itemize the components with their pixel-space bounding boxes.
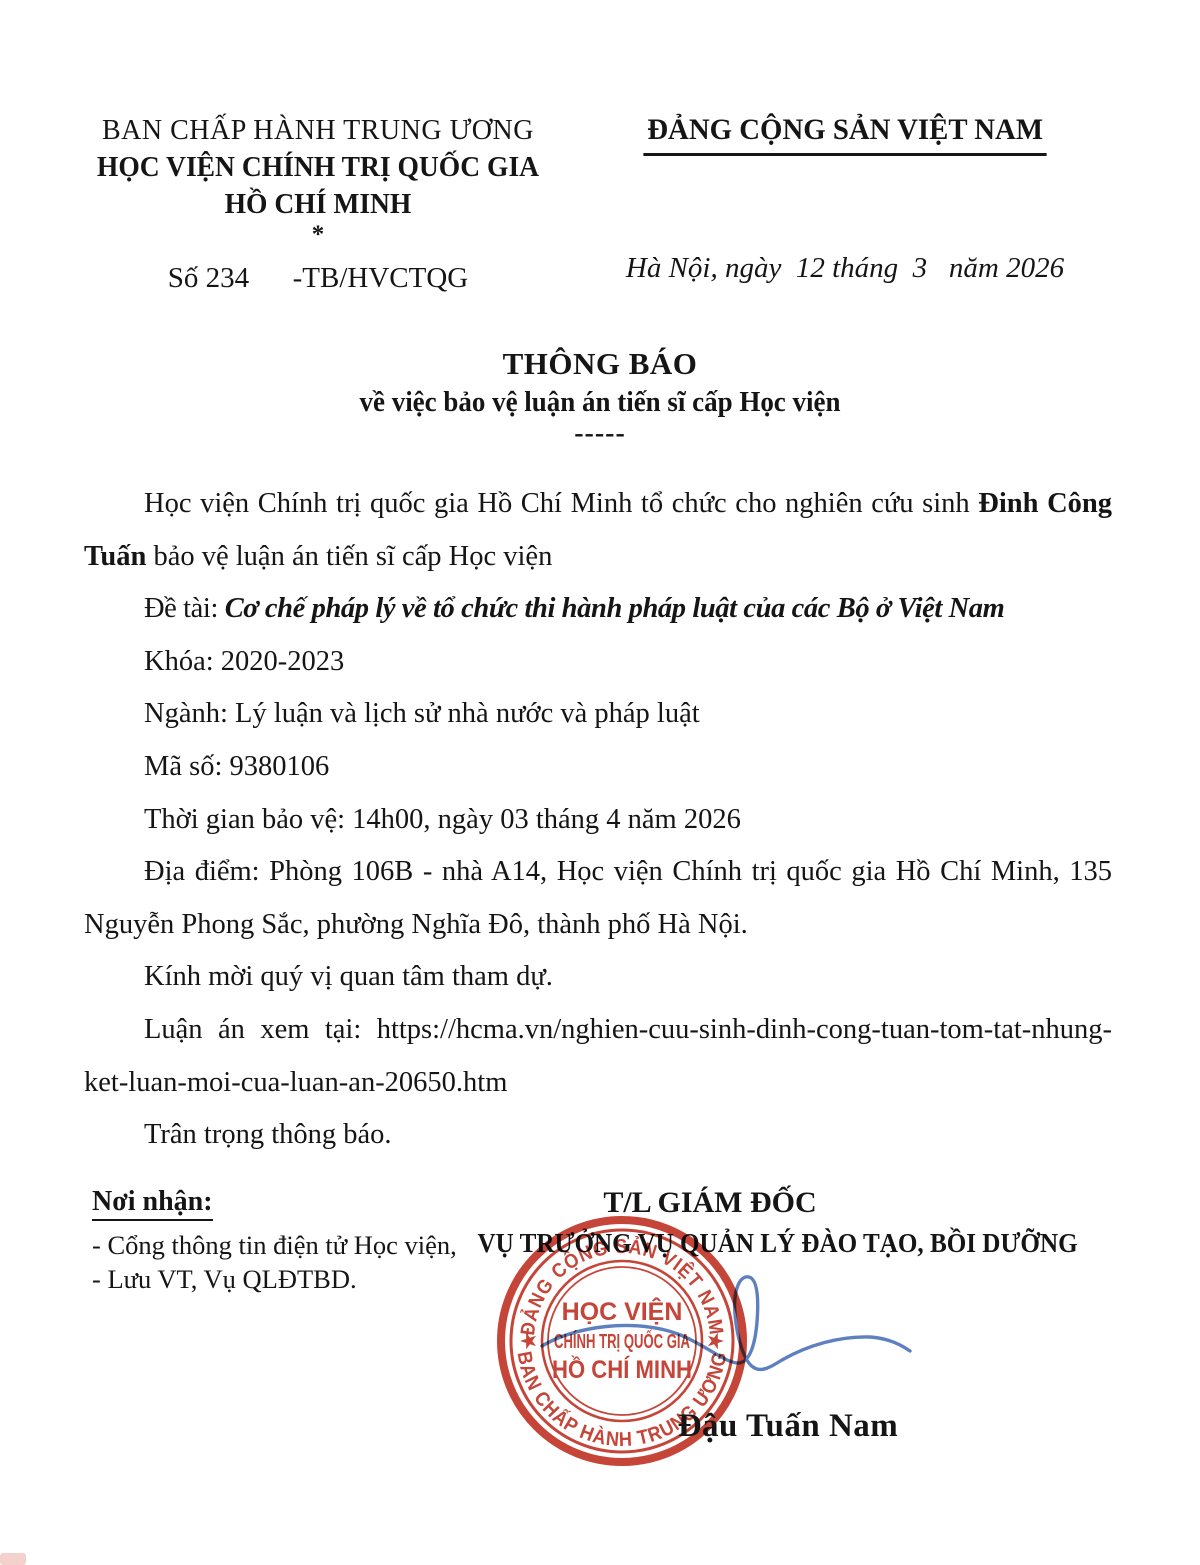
- header-star-separator: *: [66, 222, 570, 248]
- party-name: ĐẢNG CỘNG SẢN VIỆT NAM: [643, 110, 1046, 156]
- document-body: Học viện Chính trị quốc gia Hồ Chí Minh …: [84, 478, 1112, 1162]
- paragraph-cohort: Khóa: 2020-2023: [84, 636, 1112, 689]
- scan-smudge: [0, 1553, 26, 1565]
- document-subtitle: về việc bảo vệ luận án tiến sĩ cấp Học v…: [42, 384, 1158, 421]
- document-number: Số 234 -TB/HVCTQG: [66, 258, 570, 298]
- document-title: THÔNG BÁO: [0, 344, 1200, 384]
- paragraph-code: Mã số: 9380106: [84, 741, 1112, 794]
- dissertation-title: Cơ chế pháp lý về tổ chức thi hành pháp …: [225, 593, 1005, 624]
- place-date-line: Hà Nội, ngày 12 tháng 3 năm 2026: [600, 252, 1090, 285]
- paragraph-closing: Trân trọng thông báo.: [84, 1109, 1112, 1162]
- topic-label: Đề tài:: [144, 593, 225, 624]
- national-motto-block: ĐẢNG CỘNG SẢN VIỆT NAM Hà Nội, ngày 12 t…: [600, 110, 1090, 285]
- signature-stroke: [542, 1277, 910, 1370]
- recipients-label: Nơi nhận:: [92, 1186, 213, 1221]
- signer-name: Đậu Tuấn Nam: [660, 1408, 916, 1445]
- intro-text-pre: Học viện Chính trị quốc gia Hồ Chí Minh …: [144, 488, 978, 519]
- title-divider: -----: [0, 421, 1200, 447]
- paragraph-major: Ngành: Lý luận và lịch sử nhà nước và ph…: [84, 688, 1112, 741]
- document-title-block: THÔNG BÁO về việc bảo vệ luận án tiến sĩ…: [0, 344, 1200, 447]
- recipients-list: - Cổng thông tin điện tử Học viện, - Lưu…: [92, 1228, 457, 1296]
- authority-name-line2: HỒ CHÍ MINH: [79, 186, 558, 222]
- paragraph-location: Địa điểm: Phòng 106B - nhà A14, Học viện…: [84, 846, 1112, 951]
- issuing-authority-block: BAN CHẤP HÀNH TRUNG ƯƠNG HỌC VIỆN CHÍNH …: [66, 112, 570, 298]
- paragraph-link: Luận án xem tại: https://hcma.vn/nghien-…: [84, 1004, 1112, 1109]
- recipients-block: Nơi nhận: - Cổng thông tin điện tử Học v…: [92, 1186, 457, 1296]
- recipient-item: - Cổng thông tin điện tử Học viện,: [92, 1228, 457, 1262]
- authority-name-line1: HỌC VIỆN CHÍNH TRỊ QUỐC GIA: [79, 149, 558, 186]
- paragraph-intro: Học viện Chính trị quốc gia Hồ Chí Minh …: [84, 478, 1112, 583]
- paragraph-topic: Đề tài: Cơ chế pháp lý về tổ chức thi hà…: [84, 583, 1112, 636]
- authority-parent-name: BAN CHẤP HÀNH TRUNG ƯƠNG: [66, 112, 570, 149]
- signature: [520, 1262, 920, 1382]
- paragraph-defense-time: Thời gian bảo vệ: 14h00, ngày 03 tháng 4…: [84, 794, 1112, 847]
- document-page: BAN CHẤP HÀNH TRUNG ƯƠNG HỌC VIỆN CHÍNH …: [0, 0, 1200, 1565]
- link-label: Luận án xem tại:: [144, 1014, 377, 1045]
- paragraph-invitation: Kính mời quý vị quan tâm tham dự.: [84, 951, 1112, 1004]
- intro-text-post: bảo vệ luận án tiến sĩ cấp Học viện: [146, 541, 552, 572]
- recipient-item: - Lưu VT, Vụ QLĐTBD.: [92, 1262, 457, 1296]
